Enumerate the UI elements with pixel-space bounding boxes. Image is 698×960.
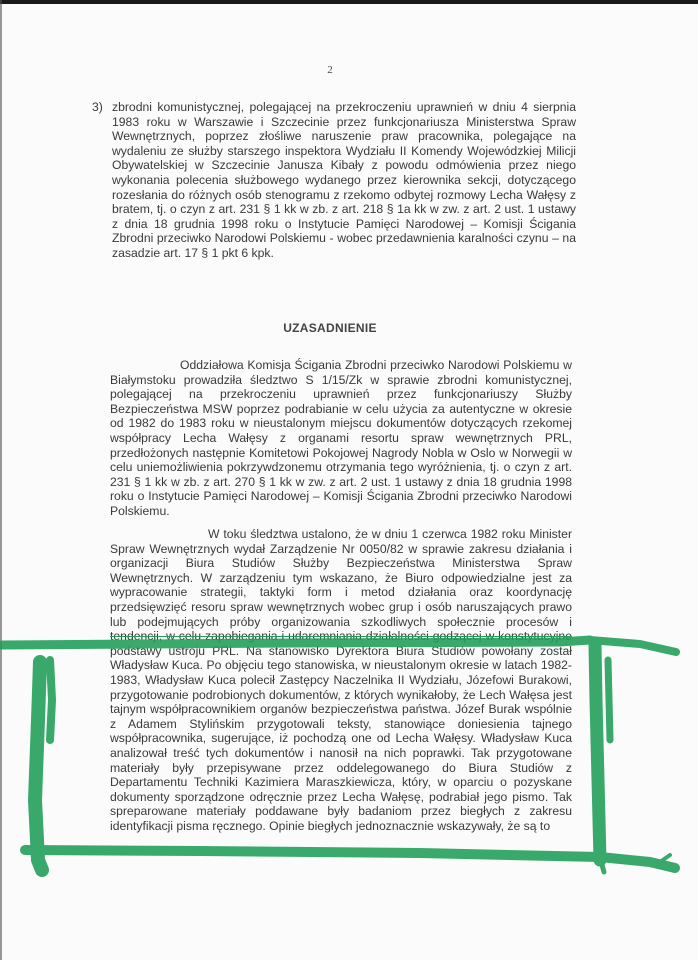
paragraph-2-struck-line: tendencji, w celu zapobiegania i udaremn… xyxy=(110,629,572,643)
scan-top-edge xyxy=(0,0,698,4)
scan-left-edge xyxy=(0,0,2,960)
paragraph-1: Oddziałowa Komisja Ścigania Zbrodni prze… xyxy=(110,358,572,519)
paragraph-2-before: W toku śledztwa ustalono, że w dniu 1 cz… xyxy=(110,527,572,629)
item-text: zbrodni komunistycznej, polegającej na p… xyxy=(112,100,576,261)
page-number: 2 xyxy=(0,64,660,76)
enumerated-item-3: 3) zbrodni komunistycznej, polegającej n… xyxy=(92,100,576,261)
section-heading: UZASADNIENIE xyxy=(0,321,660,335)
paragraph-2: W toku śledztwa ustalono, że w dniu 1 cz… xyxy=(110,527,572,833)
item-number: 3) xyxy=(92,100,103,115)
paragraph-2-after: podstawy ustroju PRL. Na stanowisko Dyre… xyxy=(110,644,572,833)
